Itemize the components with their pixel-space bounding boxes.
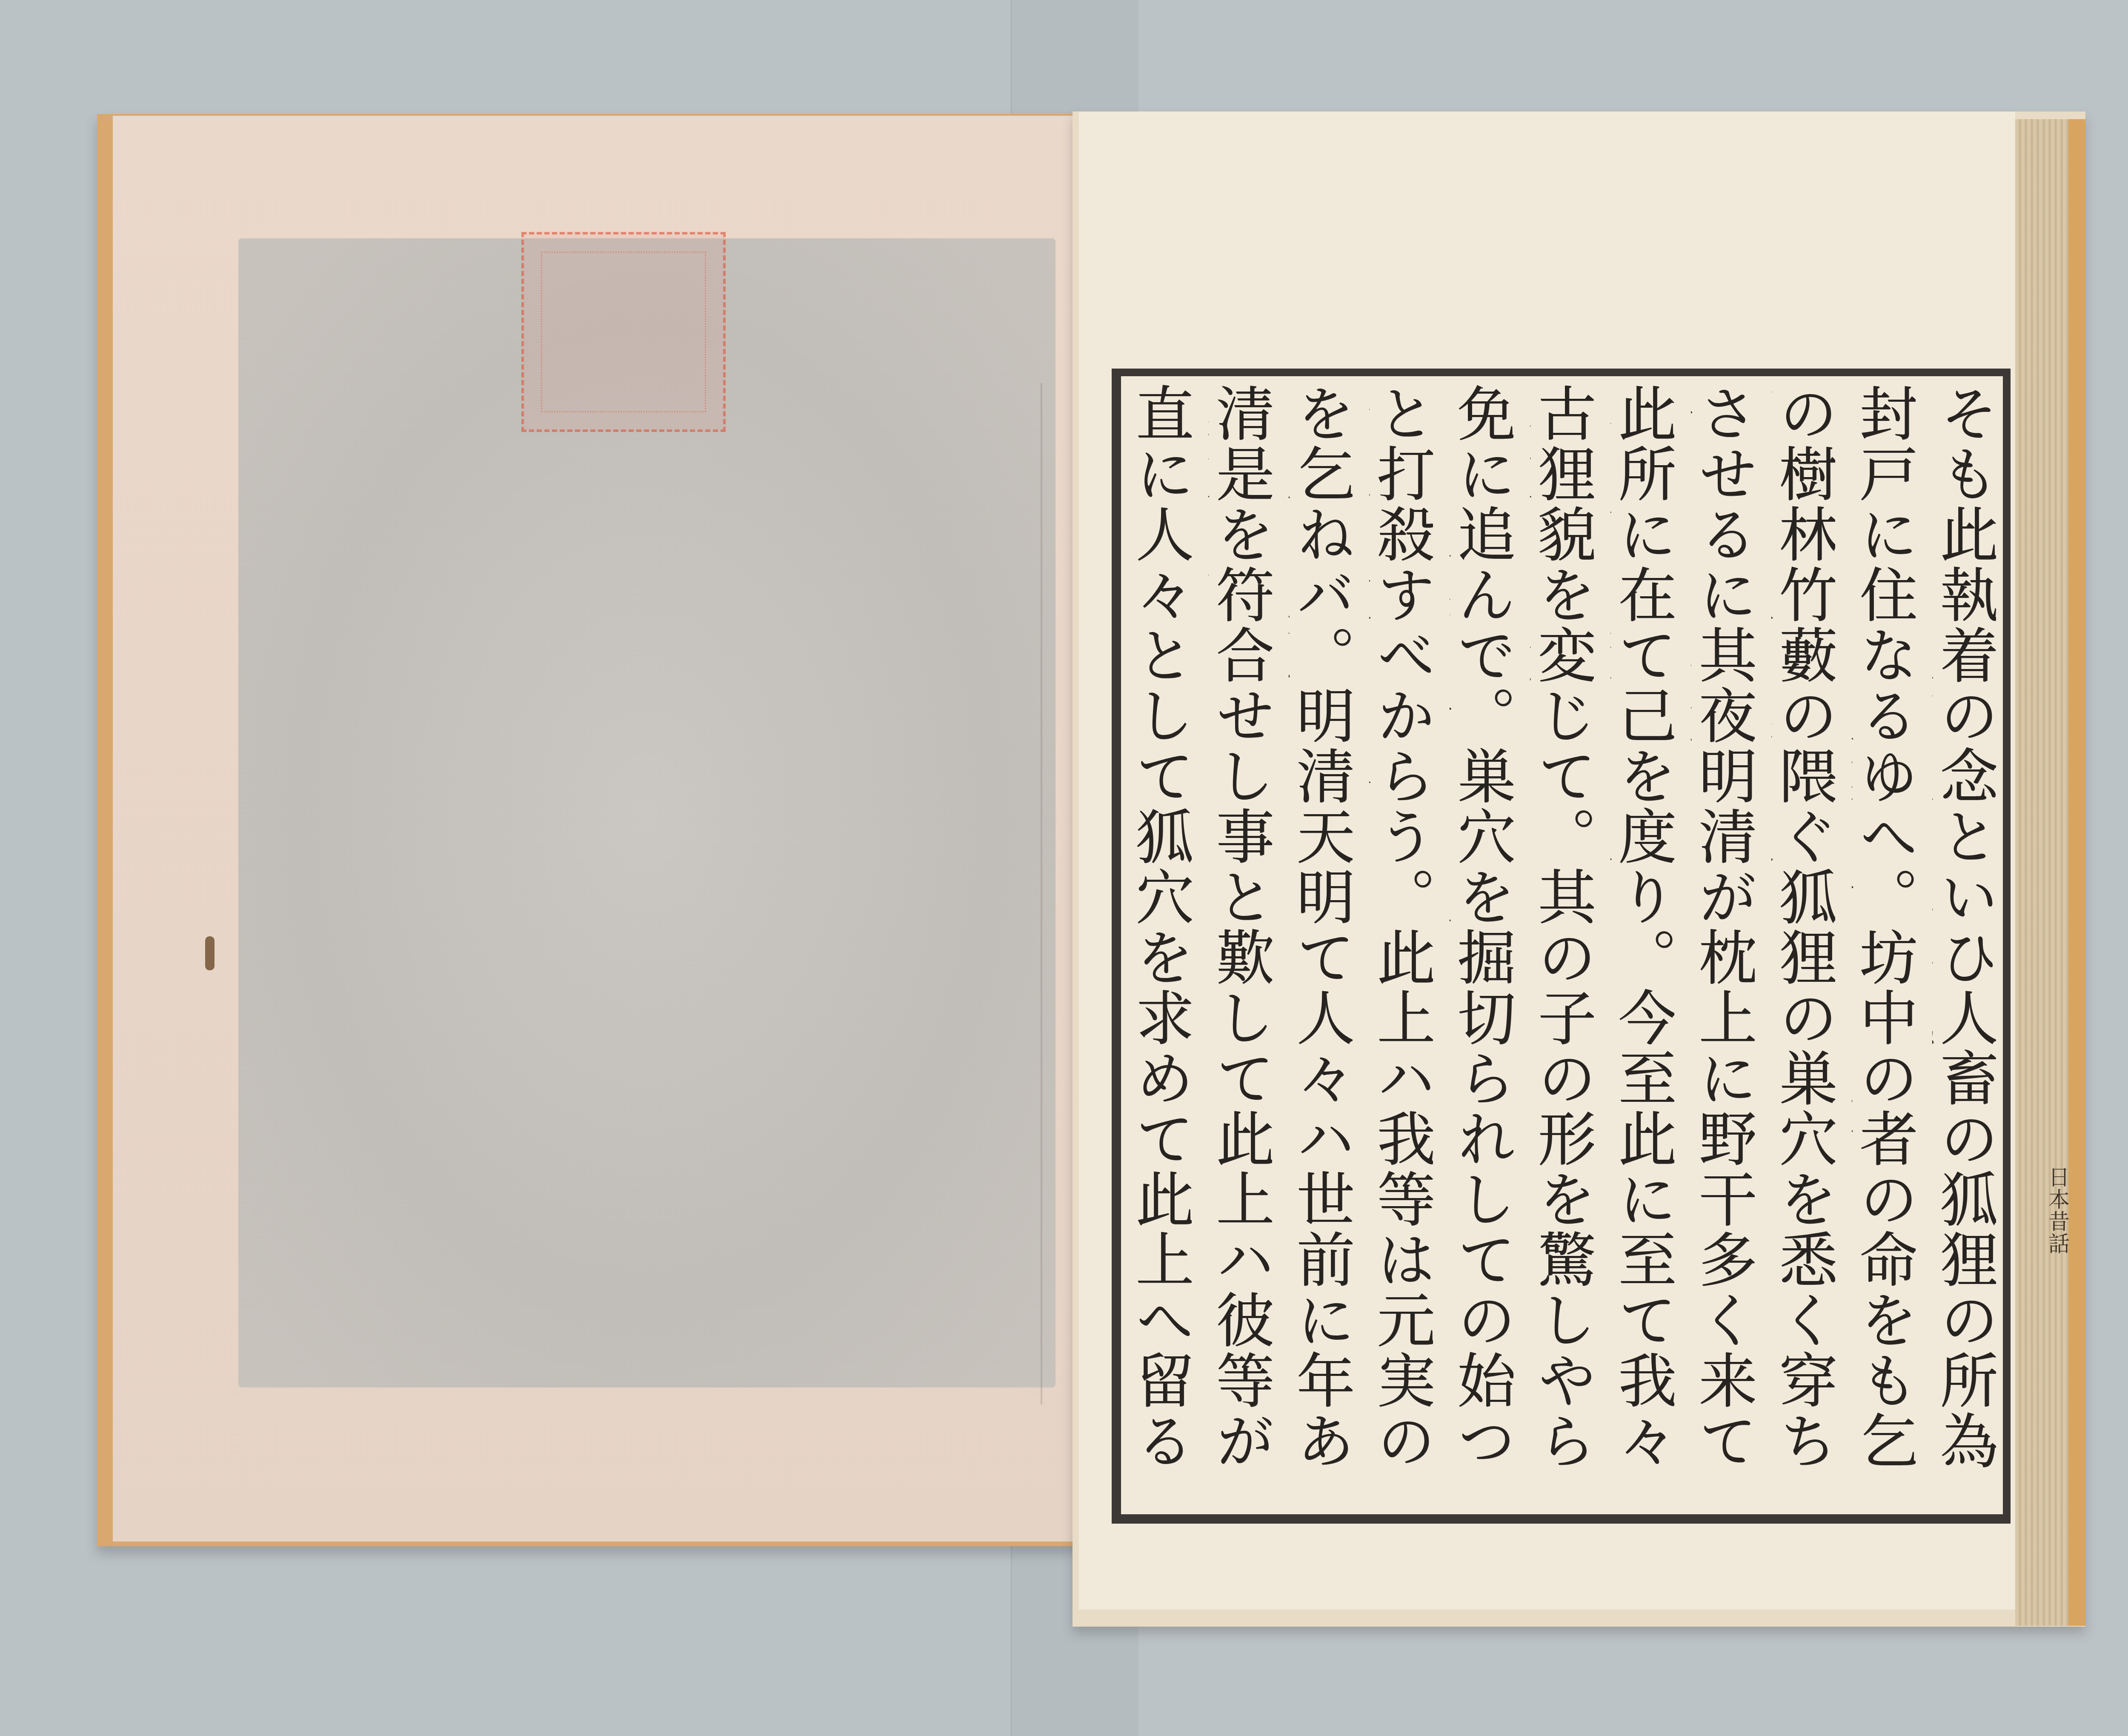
text-column-10: 清是を符合せし事と歎して此上ハ彼等が巣穴と穿ちまいと bbox=[1208, 383, 1272, 1511]
text-column-2: 封戸に住なるゆへ。坊中の者の命をも乞はかなり。奴僕に命じて此所 bbox=[1852, 383, 1916, 1511]
text-column-7: 免に追んで。巣穴を掘切られしての始つく。運悪く令ての狸 bbox=[1450, 383, 1513, 1511]
text-column-11: 直に人々として狐穴を求めて此上へ留ることとなり bbox=[1128, 383, 1192, 1511]
back-cover-edge bbox=[2068, 119, 2085, 1626]
text-column-3: の樹林竹藪の隈ぐ狐狸の巣穴を悉く穿ち石にて埋め巣を埋 bbox=[1771, 383, 1835, 1511]
text-column-9: を乞ねバ。明清天明て人々ハ世前に年ある狸の縊死ねらう明 bbox=[1289, 383, 1353, 1511]
text-column-4: させるに其夜明清が枕上に野干多く来て語るに累年我々ハ bbox=[1691, 383, 1755, 1511]
page-crease bbox=[1041, 383, 1042, 1404]
ink-stain bbox=[205, 936, 215, 970]
edge-label: 日本昔話 bbox=[2026, 1166, 2073, 1255]
text-columns: そも此執着の念といひ人畜の狐狸の所為なるへし人畜生なれ共氏 封戸に住なるゆへ。坊… bbox=[1128, 383, 1996, 1511]
text-column-8: と打殺すべからう。此上ハ我等は元実の奇難と救ひて形をさ bbox=[1369, 383, 1433, 1511]
text-column-6: 古狸貌を変じて。其の子の形を驚しやられ彼が罷我くく bbox=[1530, 383, 1594, 1511]
text-column-5: 此所に在て己を度り。今至此に至て我々年の西の藪中に住 bbox=[1610, 383, 1674, 1511]
seal-glyph bbox=[541, 252, 706, 412]
text-column-1: そも此執着の念といひ人畜の狐狸の所為なるへし人畜生なれ共氏 bbox=[1932, 383, 1996, 1511]
red-seal-stamp bbox=[521, 232, 726, 432]
